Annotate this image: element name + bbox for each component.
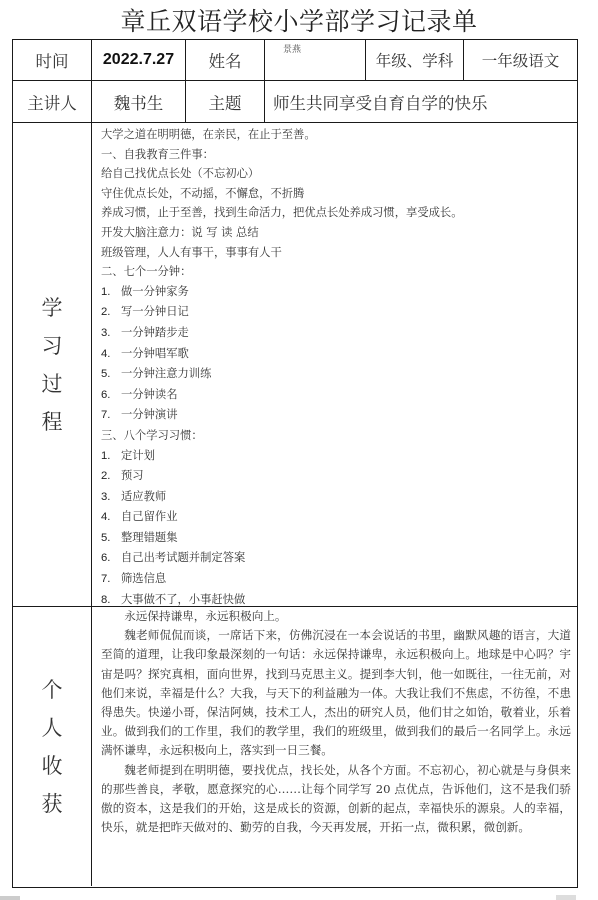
paragraph: 永远保持谦卑，永远积极向上。 — [101, 607, 571, 626]
list-number: 7. — [101, 570, 121, 590]
learning-process-label: 学 习 过 程 — [13, 123, 92, 607]
speaker-value: 魏书生 — [92, 81, 186, 123]
list-text: 做一分钟家务 — [121, 285, 189, 298]
section-heading: 三、八个学习习惯： — [101, 426, 571, 446]
list-number: 1. — [101, 447, 121, 467]
list-item: 7.筛选信息 — [101, 569, 571, 590]
list-number: 1. — [101, 283, 121, 303]
name-value: 景燕 — [283, 42, 301, 55]
list-number: 6. — [101, 386, 121, 406]
topic-value: 师生共同享受自育自学的快乐 — [265, 81, 577, 123]
list-text: 一分钟唱军歌 — [121, 347, 189, 360]
list-text: 自己出考试题并制定答案 — [121, 551, 245, 564]
label-char: 学 — [42, 289, 63, 327]
text-line: 一、自我教育三件事： — [101, 145, 571, 165]
page-edge-mark — [0, 896, 20, 900]
personal-gains-content: 永远保持谦卑，永远积极向上。 魏老师侃侃而谈，一席话下来，仿佛沉浸在一本会说话的… — [92, 607, 577, 837]
name-label: 姓名 — [186, 40, 265, 81]
list-item: 7.一分钟演讲 — [101, 405, 571, 426]
list-item: 2.写一分钟日记 — [101, 302, 571, 323]
label-char: 习 — [42, 327, 63, 365]
list-text: 筛选信息 — [121, 572, 166, 585]
list-number: 3. — [101, 488, 121, 508]
list-text: 自己留作业 — [121, 510, 178, 523]
list-item: 4.一分钟唱军歌 — [101, 344, 571, 365]
label-char: 程 — [42, 403, 63, 441]
grade-subject-value: 一年级语文 — [464, 40, 577, 81]
list-number: 6. — [101, 549, 121, 569]
list-number: 3. — [101, 324, 121, 344]
list-text: 一分钟演讲 — [121, 408, 178, 421]
list-item: 5.整理错题集 — [101, 528, 571, 549]
text-line: 班级管理，人人有事干，事事有人干 — [101, 243, 571, 263]
text-line: 守住优点长处，不动摇，不懈怠，不折腾 — [101, 184, 571, 204]
time-value: 2022.7.27 — [92, 40, 186, 81]
list-number: 2. — [101, 303, 121, 323]
list-item: 4.自己留作业 — [101, 507, 571, 528]
page-edge-mark — [556, 895, 576, 900]
personal-gains-cell: 永远保持谦卑，永远积极向上。 魏老师侃侃而谈，一席话下来，仿佛沉浸在一本会说话的… — [92, 607, 577, 886]
list-text: 整理错题集 — [121, 531, 178, 544]
label-char: 个 — [42, 671, 63, 709]
list-number: 4. — [101, 508, 121, 528]
learning-process-content: 大学之道在明明德，在亲民，在止于至善。 一、自我教育三件事： 给自己找优点长处（… — [92, 123, 577, 610]
text-line: 养成习惯，止于至善，找到生命活力，把优点长处养成习惯，享受成长。 — [101, 203, 571, 223]
label-char: 人 — [42, 709, 63, 747]
list-item: 2.预习 — [101, 466, 571, 487]
label-char: 过 — [42, 365, 63, 403]
list-item: 6.自己出考试题并制定答案 — [101, 548, 571, 569]
list-text: 一分钟踏步走 — [121, 326, 189, 339]
name-field: 景燕 — [265, 40, 366, 81]
list-item: 5.一分钟注意力训练 — [101, 364, 571, 385]
list-text: 一分钟注意力训练 — [121, 367, 211, 380]
list-number: 7. — [101, 406, 121, 426]
list-number: 5. — [101, 365, 121, 385]
list-item: 3.适应教师 — [101, 487, 571, 508]
list-number: 2. — [101, 467, 121, 487]
personal-gains-label: 个 人 收 获 — [13, 607, 92, 886]
record-table: 时间 2022.7.27 姓名 景燕 年级、学科 一年级语文 主讲人 魏书生 主… — [12, 39, 578, 888]
label-char: 收 — [42, 747, 63, 785]
speaker-label: 主讲人 — [13, 81, 92, 123]
learning-process-cell: 大学之道在明明德，在亲民，在止于至善。 一、自我教育三件事： 给自己找优点长处（… — [92, 123, 577, 607]
grade-subject-label: 年级、学科 — [366, 40, 464, 81]
text-line: 大学之道在明明德，在亲民，在止于至善。 — [101, 125, 571, 145]
section-heading: 二、七个一分钟： — [101, 262, 571, 282]
topic-label: 主题 — [186, 81, 265, 123]
paragraph: 魏老师提到在明明德，要找优点，找长处，从各个方面。不忘初心，初心就是与身俱来的那… — [101, 761, 571, 838]
list-text: 一分钟读名 — [121, 388, 178, 401]
list-item: 6.一分钟读名 — [101, 385, 571, 406]
text-line: 开发大脑注意力：说 写 读 总结 — [101, 223, 571, 243]
list-text: 预习 — [121, 469, 144, 482]
list-item: 1.定计划 — [101, 446, 571, 467]
list-text: 适应教师 — [121, 490, 166, 503]
label-char: 获 — [42, 785, 63, 823]
list-number: 4. — [101, 345, 121, 365]
text-line: 给自己找优点长处（不忘初心） — [101, 164, 571, 184]
paragraph: 魏老师侃侃而谈，一席话下来，仿佛沉浸在一本会说话的书里，幽默风趣的语言，大道至简… — [101, 626, 571, 760]
list-item: 1.做一分钟家务 — [101, 282, 571, 303]
list-text: 定计划 — [121, 449, 155, 462]
list-item: 3.一分钟踏步走 — [101, 323, 571, 344]
time-label: 时间 — [13, 40, 92, 81]
document-title: 章丘双语学校小学部学习记录单 — [0, 2, 598, 38]
list-text: 大事做不了，小事赶快做 — [121, 593, 245, 606]
list-number: 5. — [101, 529, 121, 549]
list-text: 写一分钟日记 — [121, 305, 189, 318]
